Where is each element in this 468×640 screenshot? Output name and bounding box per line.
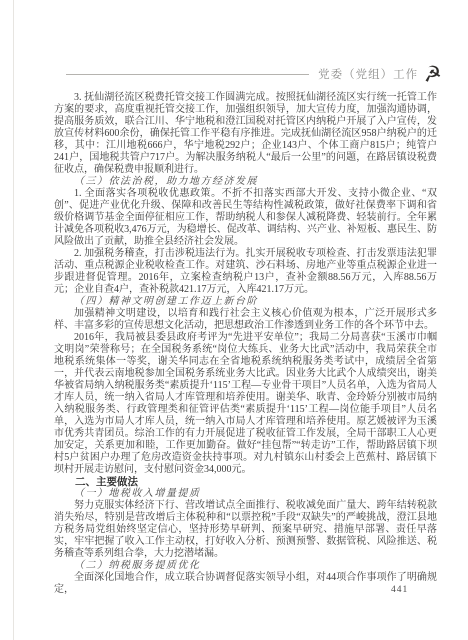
section-heading-iii: （三）依法治税，助力地方经济发展 — [54, 176, 437, 188]
party-emblem-icon: ☭ — [422, 62, 444, 85]
paragraph-1: 3. 抚仙湖径流区税费托管交接工作圆满完成。按照抚仙湖径流区实行统一托管工作方案… — [54, 92, 437, 176]
section-heading-ii: （二）纳税服务提质优化 — [54, 560, 437, 572]
section-heading-iv: （四）精神文明创建工作迈上新台阶 — [54, 296, 437, 308]
paragraph-7: 全面深化国地合作，成立联合协调督促落实领导小组，对44项合作事项作了明确规定， — [54, 572, 437, 596]
paragraph-3: 2. 加强税务稽查，打击涉税违法行为。扎实开展税收专项检查、打击发票违法犯罪活动… — [54, 248, 437, 296]
document-body: 3. 抚仙湖径流区税费托管交接工作圆满完成。按照抚仙湖径流区实行统一托管工作方案… — [54, 92, 437, 596]
page-edge-line — [13, 0, 14, 640]
paragraph-2: 1. 全面落实各项税收优惠政策。不折不扣落实西部大开发、支持小微企业、“双创”、… — [54, 188, 437, 248]
header-rule — [66, 74, 309, 75]
page-header: 党委（党组）工作 ☭ — [66, 62, 442, 86]
page-number: 441 — [391, 585, 408, 595]
chapter-heading-2: 二、主要做法 — [54, 476, 437, 488]
paragraph-5: 2016年，我局被县委县政府考评为“先进平安单位”；我局二分局喜获“玉溪市巾帼文… — [54, 332, 437, 476]
paragraph-4: 加强精神文明建设，以培育和践行社会主义核心价值观为根本，广泛开展形式多样、丰富多… — [54, 308, 437, 332]
section-heading-i: （一）地税收入增量提质 — [54, 488, 437, 500]
header-title: 党委（党组）工作 — [318, 66, 418, 82]
paragraph-6: 努力克服实体经济下行、营改增试点全面推行、税收减免面广量大、跨年结转税款消失殆尽… — [54, 500, 437, 560]
